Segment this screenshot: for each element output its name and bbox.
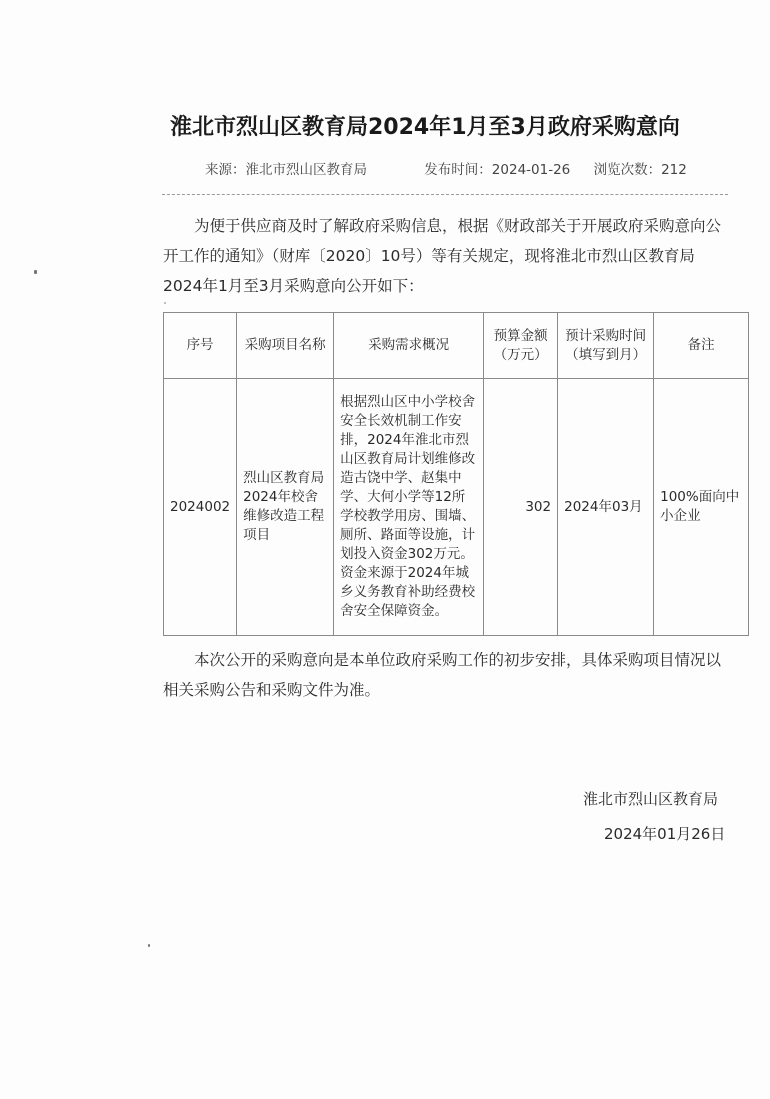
cell-index: 2024002 (164, 379, 237, 636)
document-meta: 来源：淮北市烈山区教育局 发布时间：2024-01-26 浏览次数：212 (205, 158, 687, 178)
page-title: 淮北市烈山区教育局2024年1月至3月政府采购意向 (170, 110, 730, 141)
cell-project-name: 烈山区教育局2024年校舍维修改造工程项目 (237, 379, 334, 636)
title-divider (162, 194, 728, 195)
intro-paragraph: 为便于供应商及时了解政府采购信息，根据《财政部关于开展政府采购意向公开工作的通知… (163, 211, 729, 301)
header-expected-time: 预计采购时间（填写到月） (558, 313, 654, 379)
header-project-name: 采购项目名称 (237, 313, 334, 379)
view-count-label: 浏览次数：212 (594, 158, 687, 178)
scan-speck (164, 302, 166, 304)
header-remarks: 备注 (654, 313, 749, 379)
closing-text: 本次公开的采购意向是本单位政府采购工作的初步安排，具体采购项目情况以相关采购公告… (163, 651, 721, 699)
header-requirements: 采购需求概况 (334, 313, 484, 379)
header-index: 序号 (164, 313, 237, 379)
closing-paragraph: 本次公开的采购意向是本单位政府采购工作的初步安排，具体采购项目情况以相关采购公告… (163, 645, 729, 705)
scan-speck (34, 270, 37, 274)
source-label: 来源：淮北市烈山区教育局 (205, 158, 420, 178)
table-row: 2024002 烈山区教育局2024年校舍维修改造工程项目 根据烈山区中小学校舍… (164, 379, 749, 636)
cell-expected-time: 2024年03月 (558, 379, 654, 636)
header-budget: 预算金额（万元） (484, 313, 558, 379)
publish-time-label: 发布时间：2024-01-26 (424, 158, 589, 178)
procurement-intent-table: 序号 采购项目名称 采购需求概况 预算金额（万元） 预计采购时间（填写到月） 备… (163, 312, 749, 636)
cell-remarks: 100%面向中小企业 (654, 379, 749, 636)
signature-organization: 淮北市烈山区教育局 (583, 788, 718, 809)
cell-budget: 302 (484, 379, 558, 636)
intro-text: 为便于供应商及时了解政府采购信息，根据《财政部关于开展政府采购意向公开工作的通知… (163, 217, 721, 295)
scan-speck (148, 944, 150, 947)
signature-date: 2024年01月26日 (604, 823, 725, 844)
table-header-row: 序号 采购项目名称 采购需求概况 预算金额（万元） 预计采购时间（填写到月） 备… (164, 313, 749, 379)
cell-requirements: 根据烈山区中小学校舍安全长效机制工作安排，2024年淮北市烈山区教育局计划维修改… (334, 379, 484, 636)
